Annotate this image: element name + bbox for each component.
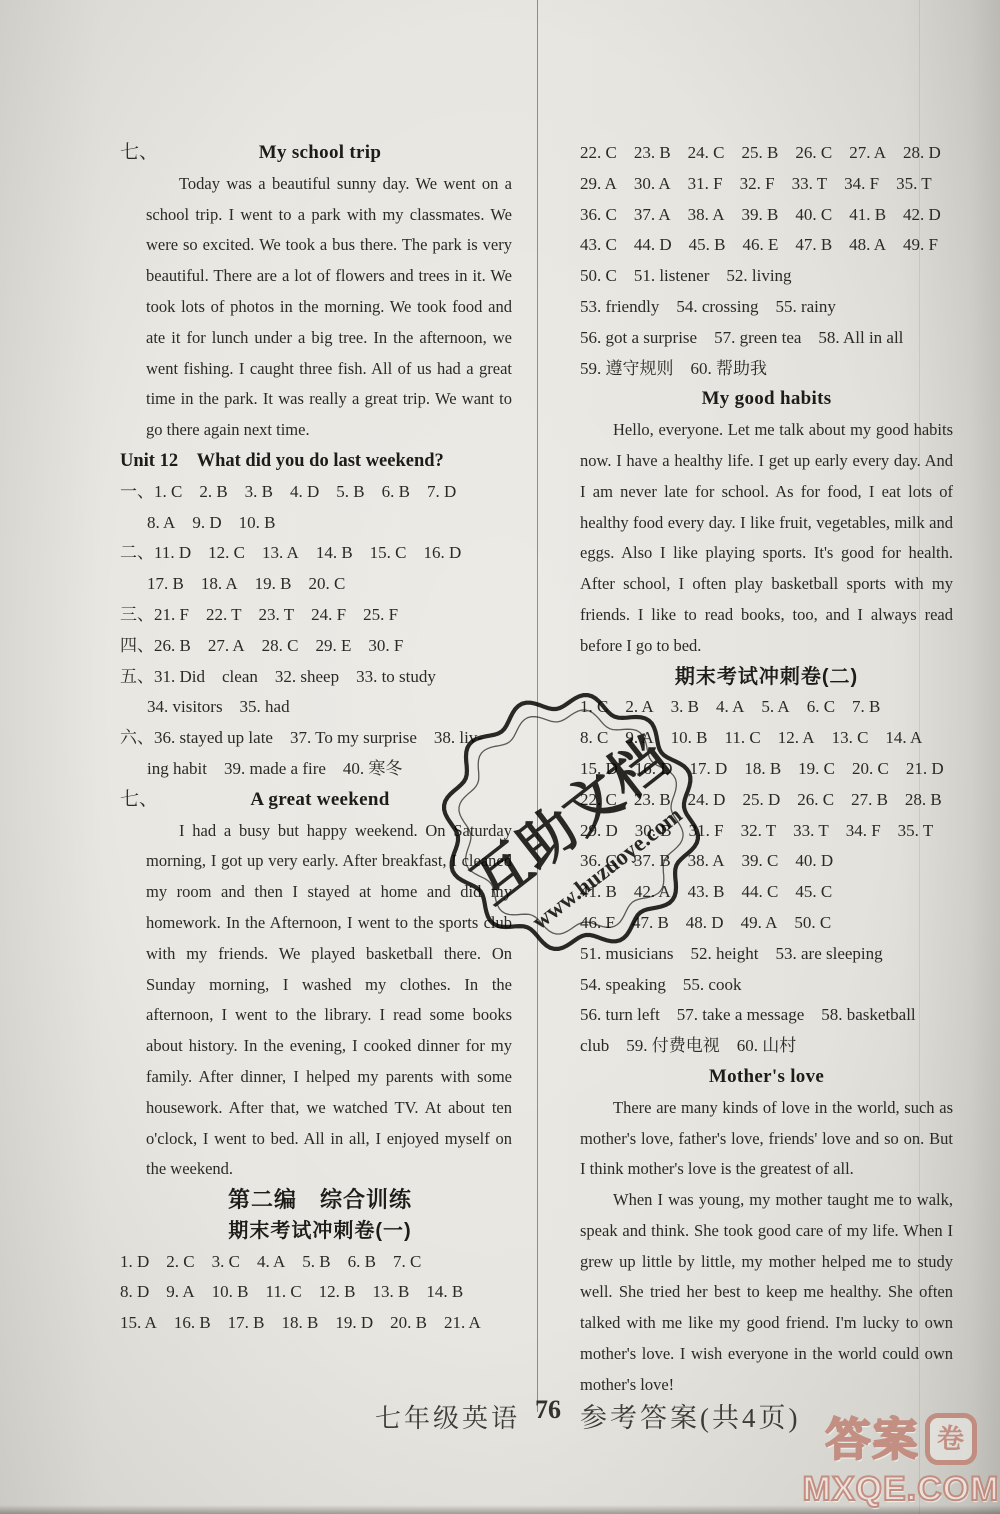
answer-row: 二、11. D 12. C 13. A 14. B 15. C 16. D <box>120 538 520 569</box>
mother-title-row: Mother's love <box>580 1062 953 1093</box>
answer-row: 56. turn left 57. take a message 58. bas… <box>580 1000 953 1031</box>
essay-title-mothers-love: Mother's love <box>580 1062 953 1093</box>
watermark-badge-icon: 卷 <box>925 1413 977 1465</box>
answer-row: 59. 遵守规则 60. 帮助我 <box>580 354 953 385</box>
answer-row: 53. friendly 54. crossing 55. rainy <box>580 292 953 323</box>
essay-mothers-love-p1: There are many kinds of love in the worl… <box>580 1093 953 1185</box>
red-site-watermark: 答案 卷 MXQE.COM <box>802 1413 1000 1506</box>
habits-title-row: My good habits <box>580 384 953 415</box>
footer-page-number: 76 <box>522 1395 574 1425</box>
answer-row: 8. D 9. A 10. B 11. C 12. B 13. B 14. B <box>120 1277 520 1308</box>
footer-caption: 参考答案(共4页) <box>580 1396 800 1435</box>
answer-row: 17. B 18. A 19. B 20. C <box>120 569 520 600</box>
answer-row: 36. C 37. A 38. A 39. B 40. C 41. B 42. … <box>580 200 953 231</box>
answer-row: 43. C 44. D 45. B 46. E 47. B 48. A 49. … <box>580 230 953 261</box>
section-label: 七、 <box>120 785 158 816</box>
watermark-brand-text: 答案 <box>825 1417 919 1462</box>
essay-mothers-love-p2: When I was young, my mother taught me to… <box>580 1185 953 1401</box>
answer-row: 22. C 23. B 24. C 25. B 26. C 27. A 28. … <box>580 138 953 169</box>
footer-book-title: 七年级英语 <box>250 1398 520 1435</box>
exam1-heading: 期末考试冲刺卷(一) <box>120 1216 520 1247</box>
unit12-heading: Unit 12 What did you do last weekend? <box>120 446 520 477</box>
answer-row: 1. D 2. C 3. C 4. A 5. B 6. B 7. C <box>120 1247 520 1278</box>
watermark-site-url: MXQE.COM <box>802 1472 1000 1506</box>
answer-row: 54. speaking 55. cook <box>580 970 953 1001</box>
answer-row: 三、21. F 22. T 23. T 24. F 25. F <box>120 600 520 631</box>
part2-heading: 第二编 综合训练 <box>120 1185 520 1216</box>
section-seven-a: 七、 My school trip <box>120 138 520 169</box>
essay-title-my-good-habits: My good habits <box>580 384 953 415</box>
answer-row: 56. got a surprise 57. green tea 58. All… <box>580 323 953 354</box>
answer-row: 四、26. B 27. A 28. C 29. E 30. F <box>120 631 520 662</box>
answer-row: 50. C 51. listener 52. living <box>580 261 953 292</box>
essay-my-school-trip: Today was a beautiful sunny day. We went… <box>146 169 512 446</box>
scanned-answer-key-page: 七、 My school trip Today was a beautiful … <box>0 0 1000 1514</box>
answer-row: 一、1. C 2. B 3. B 4. D 5. B 6. B 7. D <box>120 477 520 508</box>
section-label: 七、 <box>120 138 158 169</box>
watermark-brand-row: 答案 卷 <box>802 1413 1000 1465</box>
answer-row: 29. A 30. A 31. F 32. F 33. T 34. F 35. … <box>580 169 953 200</box>
essay-my-good-habits: Hello, everyone. Let me talk about my go… <box>580 415 953 661</box>
circular-ink-stamp: 互助文档 www.huzuoye.com <box>437 688 705 956</box>
answer-row: 15. A 16. B 17. B 18. B 19. D 20. B 21. … <box>120 1308 520 1339</box>
answer-row: 8. A 9. D 10. B <box>120 508 520 539</box>
essay-title-my-school-trip: My school trip <box>120 138 520 169</box>
answer-row: club 59. 付费电视 60. 山村 <box>580 1031 953 1062</box>
